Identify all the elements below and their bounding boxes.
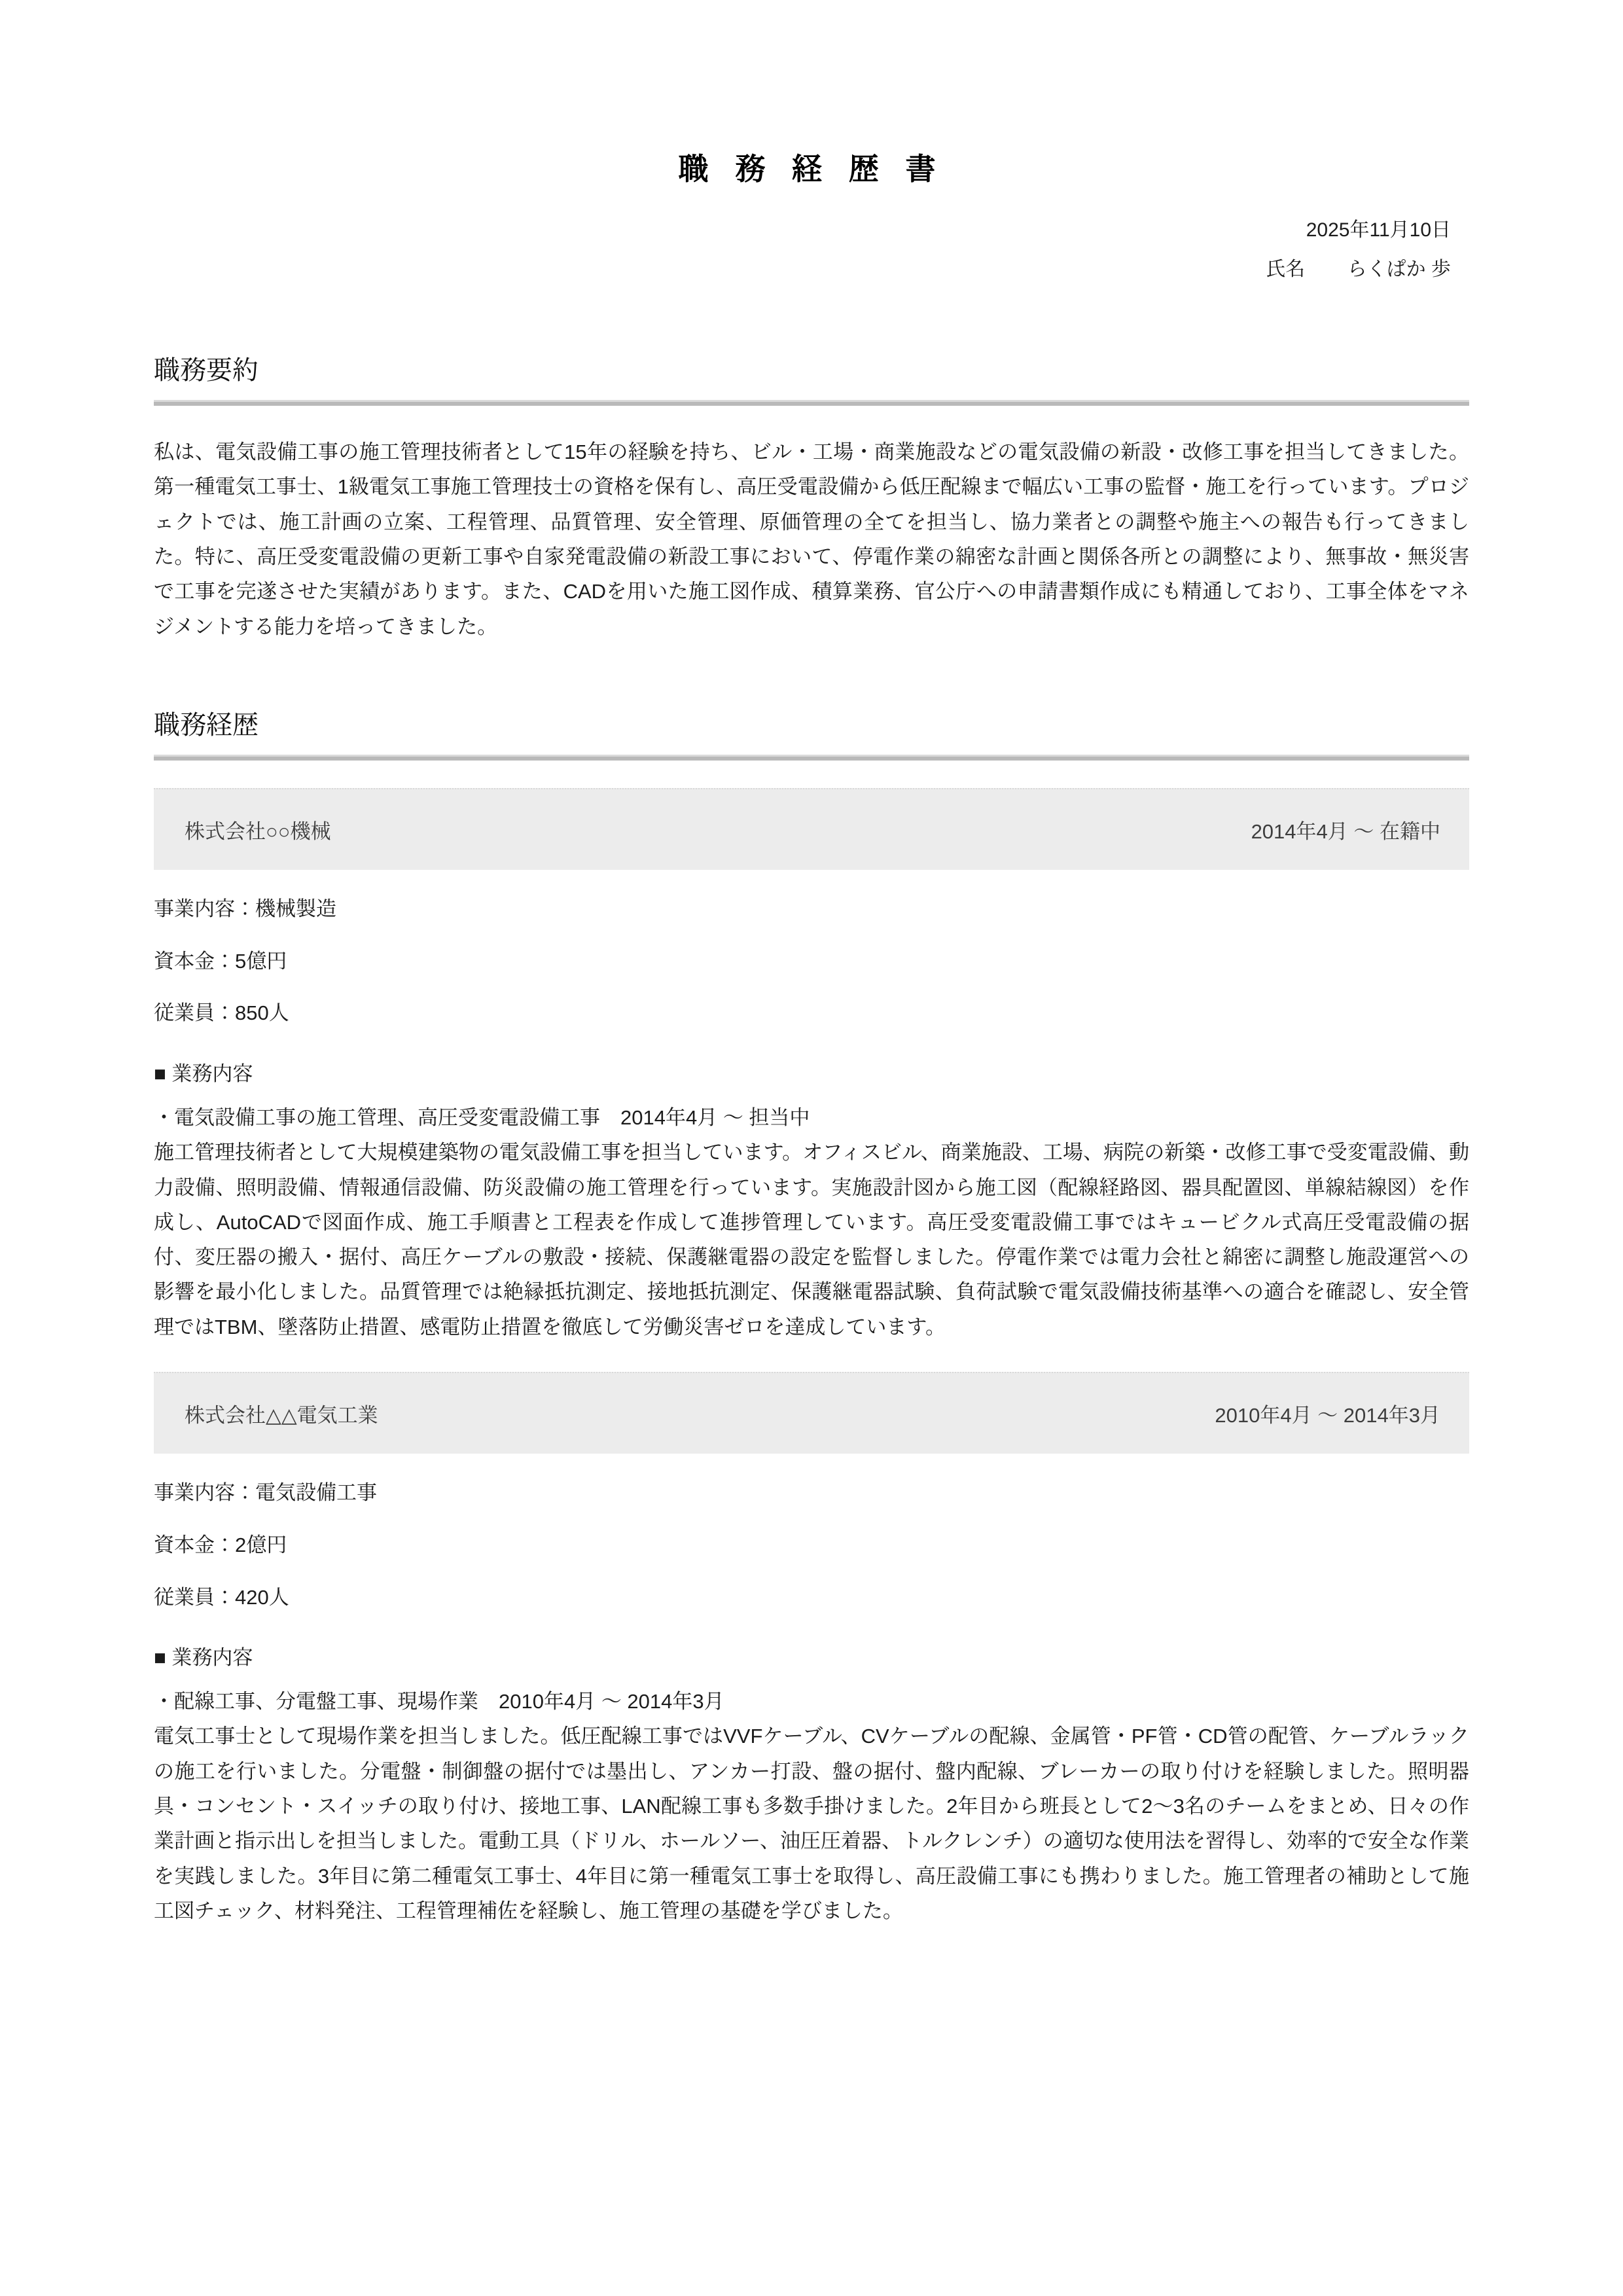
name-value: らくぱか 歩 xyxy=(1347,250,1451,289)
company-section: 株式会社○○機械 2014年4月 ～ 在籍中 事業内容：機械製造 資本金：5億円… xyxy=(154,788,1469,1344)
duties-heading: ■ 業務内容 xyxy=(154,1062,1469,1087)
history-heading-rule xyxy=(154,755,1469,761)
meta-block: 2025年11月10日 氏名 らくぱか 歩 xyxy=(154,211,1469,289)
company-period: 2014年4月 ～ 在籍中 xyxy=(1251,815,1440,844)
name-label: 氏名 xyxy=(1266,250,1305,289)
company-name: 株式会社○○機械 xyxy=(185,815,330,844)
company-details: 事業内容：機械製造 資本金：5億円 従業員：850人 xyxy=(154,897,1469,1026)
name-line: 氏名 らくぱか 歩 xyxy=(154,250,1451,289)
company-employees: 従業員：420人 xyxy=(154,1585,1469,1611)
company-employees: 従業員：850人 xyxy=(154,1001,1469,1026)
company-business: 事業内容：機械製造 xyxy=(154,897,1469,922)
resume-document: 職 務 経 歴 書 2025年11月10日 氏名 らくぱか 歩 職務要約 私は、… xyxy=(0,0,1623,2296)
summary-heading-rule xyxy=(154,400,1469,406)
duty-role: ・配線工事、分電盤工事、現場作業 2010年4月 ～ 2014年3月 xyxy=(154,1684,1469,1719)
company-period: 2010年4月 ～ 2014年3月 xyxy=(1215,1399,1440,1428)
company-details: 事業内容：電気設備工事 資本金：2億円 従業員：420人 xyxy=(154,1480,1469,1610)
document-title: 職 務 経 歴 書 xyxy=(154,145,1469,188)
company-capital: 資本金：5億円 xyxy=(154,949,1469,975)
history-heading: 職務経歴 xyxy=(154,704,1469,742)
company-business: 事業内容：電気設備工事 xyxy=(154,1480,1469,1506)
document-date: 2025年11月10日 xyxy=(154,211,1451,250)
company-name: 株式会社△△電気工業 xyxy=(185,1399,378,1428)
company-section: 株式会社△△電気工業 2010年4月 ～ 2014年3月 事業内容：電気設備工事… xyxy=(154,1372,1469,1928)
duty-description: 施工管理技術者として大規模建築物の電気設備工事を担当しています。オフィスビル、商… xyxy=(154,1135,1469,1344)
duty-role: ・電気設備工事の施工管理、高圧受変電設備工事 2014年4月 ～ 担当中 xyxy=(154,1100,1469,1135)
company-capital: 資本金：2億円 xyxy=(154,1533,1469,1558)
summary-heading: 職務要約 xyxy=(154,350,1469,387)
duty-description: 電気工事士として現場作業を担当しました。低圧配線工事ではVVFケーブル、CVケー… xyxy=(154,1719,1469,1928)
company-header: 株式会社△△電気工業 2010年4月 ～ 2014年3月 xyxy=(154,1372,1469,1454)
company-header: 株式会社○○機械 2014年4月 ～ 在籍中 xyxy=(154,788,1469,870)
duties-heading: ■ 業務内容 xyxy=(154,1645,1469,1671)
duty-block: ・電気設備工事の施工管理、高圧受変電設備工事 2014年4月 ～ 担当中 施工管… xyxy=(154,1100,1469,1344)
summary-body: 私は、電気設備工事の施工管理技術者として15年の経験を持ち、ビル・工場・商業施設… xyxy=(154,435,1469,644)
duty-block: ・配線工事、分電盤工事、現場作業 2010年4月 ～ 2014年3月 電気工事士… xyxy=(154,1684,1469,1928)
